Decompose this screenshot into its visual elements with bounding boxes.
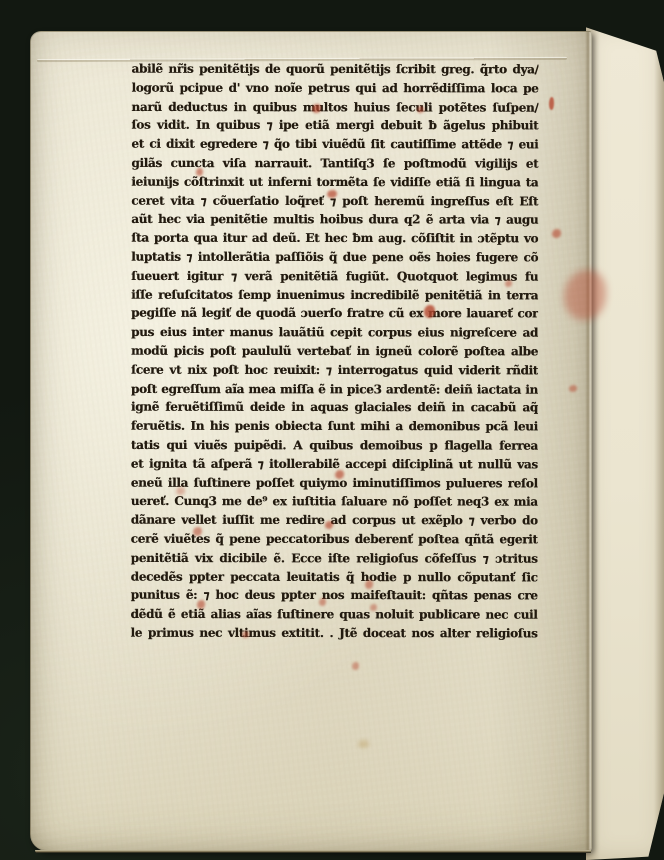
text-line: modũ picis poſt paululũ vertebať in igne… bbox=[131, 342, 538, 362]
text-line: ceret vita ⁊ cõuerſatio loq̃reť ⁊ poſt h… bbox=[131, 191, 538, 211]
text-line: aũt hec via penitẽtie multis hoibus dura… bbox=[131, 210, 538, 230]
book-photo: abilẽ nr̃is penitẽtijs de quorũ penitẽti… bbox=[0, 0, 664, 860]
text-line: ſcere vt nix poſt hoc reuixit: ⁊ interro… bbox=[131, 360, 538, 380]
text-line: le primus nec vltimus extitit. . Jtẽ doc… bbox=[130, 624, 537, 644]
text-line: eneũ illa ſuſtinere poſſet quiymo iminut… bbox=[131, 473, 538, 493]
text-line: ſta porta qua itur ad deũ. Et hec ƀm aug… bbox=[131, 229, 538, 249]
text-line: et ignita tã aſperã ⁊ itollerabilẽ accep… bbox=[131, 454, 538, 474]
text-line: ieiunijs cõſtrinxit ut inferni tormẽta ſ… bbox=[131, 172, 538, 192]
text-line: dãnare vellet iuſſit me redire ad corpus… bbox=[131, 511, 538, 531]
text-line: ſos vidit. In quibus ⁊ ipe etiã mergi de… bbox=[131, 116, 538, 136]
text-line: decedẽs ppter peccata leuitatis q̃ hodie… bbox=[131, 567, 538, 587]
text-line: tatis qui viuẽs puipẽdi. A quibus demoib… bbox=[131, 436, 538, 456]
text-line: luptatis ⁊ intollerãtia paſſiõis q̃ due … bbox=[131, 248, 538, 268]
text-line: pegiſſe nã legiť de quodã ɔuerſo fratre … bbox=[131, 304, 538, 324]
facing-page-edge bbox=[586, 24, 664, 860]
text-line: penitẽtiã vix dicibile ẽ. Ecce iſte reli… bbox=[131, 549, 538, 569]
text-line: logorũ pcipue d' vno noĩe petrus qui ad … bbox=[131, 78, 538, 98]
text-block: abilẽ nr̃is penitẽtijs de quorũ penitẽti… bbox=[130, 60, 538, 643]
text-line: punitus ẽ: ⁊ hoc deus ppter nos maifeſta… bbox=[131, 586, 538, 606]
text-line: cerẽ viuẽtes q̃ pene peccatoribus debere… bbox=[131, 530, 538, 550]
text-line: uereť. Cunq3 me de⁹ ex iuſtitia ſaluare … bbox=[131, 492, 538, 512]
text-line: ſueuert igitur ⁊ verã penitẽtiã fugiũt. … bbox=[131, 267, 538, 287]
text-line: et ci dixit egredere ⁊ q̃o tibi viuẽdũ ſ… bbox=[131, 135, 538, 155]
text-line: abilẽ nr̃is penitẽtijs de quorũ penitẽti… bbox=[131, 60, 538, 80]
text-line: poſt egreſſum aĩa mea miſſa ẽ in pice3 a… bbox=[131, 379, 538, 399]
text-line: ignẽ feruẽtiſſimũ deide in aquas glacial… bbox=[131, 398, 538, 418]
text-line: narũ deductus in quibus multos huius ſec… bbox=[131, 98, 538, 118]
text-line: pus eius inter manus lauãtiũ cepit corpu… bbox=[131, 323, 538, 343]
text-line: iſſe reſuſcitatos ſemp inuenimus incredi… bbox=[131, 285, 538, 305]
text-line: feruẽtis. In his penis obiecta ſunt mihi… bbox=[131, 417, 538, 437]
gutter-fold-crease bbox=[585, 32, 592, 850]
text-line: dẽdũ ẽ etiã alias aĩas ſuſtinere quas no… bbox=[131, 605, 538, 625]
text-line: gilãs cuncta viſa narrauit. Tantiſq3 ſe … bbox=[131, 154, 538, 174]
